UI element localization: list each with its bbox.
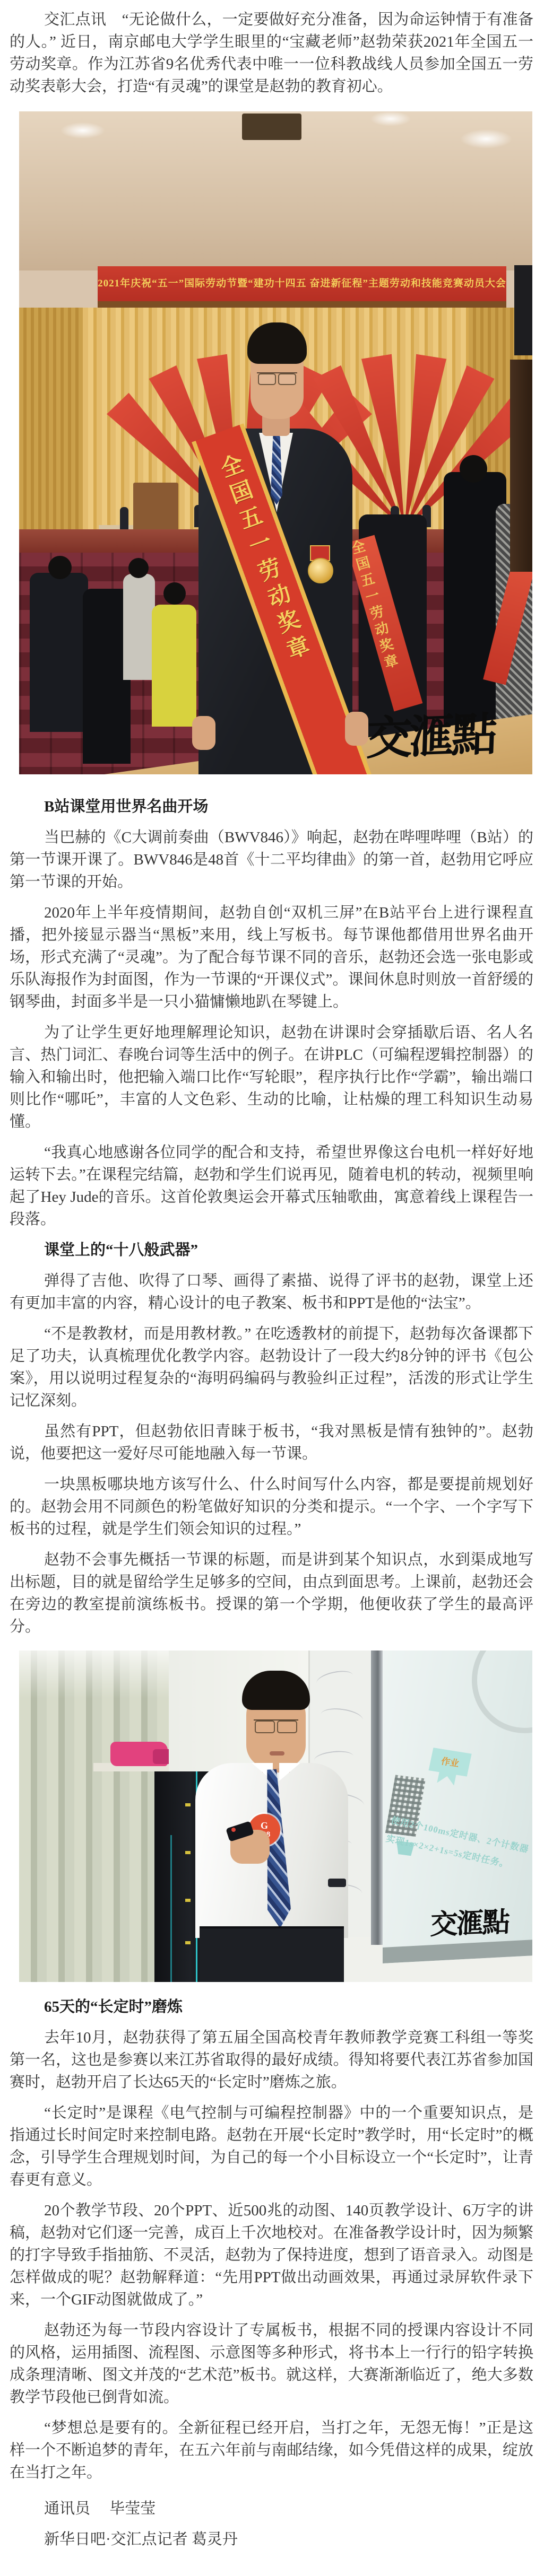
section-heading-bilibili: B站课堂用世界名曲开场 bbox=[10, 796, 533, 818]
paragraph: “我真心地感谢各位同学的配合和支持，希望世界像这台电机一样好好地运转下去。”在课… bbox=[10, 1141, 533, 1230]
byline-reporter: 新华日吧·交汇点记者 葛灵丹 bbox=[10, 2528, 533, 2551]
paragraph: 去年10月，赵勃获得了第五届全国高校青年教师教学竞赛工科组一等奖第一名，这也是参… bbox=[10, 2027, 533, 2093]
paragraph: 20个教学节段、20个PPT、近500兆的动图、140页教学设计、6万字的讲稿，… bbox=[10, 2199, 533, 2311]
article-page: 交汇点讯 “无论做什么，一定要做好充分准备，因为命运钟情于有准备的人。” 近日，… bbox=[0, 0, 544, 2576]
awardee-right-hand bbox=[345, 712, 368, 746]
stage-podium bbox=[133, 483, 178, 533]
paragraph: 赵勃不会事先概括一节课的标题，而是讲到某个知识点，水到渠成地写出标题，目的就是留… bbox=[10, 1549, 533, 1638]
slide-circle-diagram bbox=[472, 1651, 532, 1736]
labor-medal bbox=[308, 558, 333, 583]
curtain-highlight bbox=[19, 1651, 169, 1698]
board-rail bbox=[371, 1651, 383, 1945]
paragraph: 为了让学生更好地理解理论知识，赵勃在讲课时会穿插歇后语、名人名言、热门词汇、春晚… bbox=[10, 1021, 533, 1133]
jiaohuidian-watermark: 交滙點 bbox=[366, 696, 527, 768]
ceremony-banner: 2021年庆祝“五一”国际劳动节暨“建功十四五 奋进新征程”主题劳动和技能竞赛动… bbox=[98, 266, 506, 301]
screen-edge bbox=[383, 1940, 532, 1963]
awardee-hair bbox=[247, 322, 307, 364]
curtain-left bbox=[19, 308, 83, 545]
paragraph: 当巴赫的《C大调前奏曲（BWV846）》响起，赵勃在哔哩哔哩（B站）的第一节课开… bbox=[10, 826, 533, 893]
slide-text: 使用2个100ms定时器、2个计数器 实现1s×2×2+1s=5s定时任务。 bbox=[384, 1812, 531, 1878]
wall-screen bbox=[514, 265, 532, 355]
paragraph: 2020年上半年疫情期间，赵勃自创“双机三屏”在B站平台上进行课程直播，把外接显… bbox=[10, 902, 533, 1013]
awardee-left-hand bbox=[192, 716, 215, 750]
homework-ribbon: 作业 bbox=[426, 1748, 472, 1787]
byline-correspondent: 通讯员 毕莹莹 bbox=[10, 2498, 533, 2520]
teacher-glasses bbox=[254, 1719, 298, 1732]
paragraph: 弹得了吉他、吹得了口琴、画得了素描、说得了评书的赵勃，课堂上还有更加丰富的内容，… bbox=[10, 1270, 533, 1314]
section-heading-weapons: 课堂上的“十八般武器” bbox=[10, 1239, 533, 1261]
paragraph: 赵勃还为每一节段内容设计了专属板书，根据不同的授课内容设计不同的风格，运用插图、… bbox=[10, 2319, 533, 2408]
paragraph: 虽然有PPT，但赵勃依旧青睐于板书，“我对黑板是情有独钟的”。赵勃说，他要把这一… bbox=[10, 1420, 533, 1465]
classroom-curtain bbox=[19, 1651, 169, 1982]
award-ceremony-photo: 2021年庆祝“五一”国际劳动节暨“建功十四五 奋进新征程”主题劳动和技能竞赛动… bbox=[19, 111, 532, 774]
paragraph: “长定时”是课程《电气控制与可编程控制器》中的一个重要知识点，是指通过长时间定时… bbox=[10, 2102, 533, 2191]
jiaohuidian-watermark: 交滙點 bbox=[430, 1899, 510, 1942]
section-heading-longtimer: 65天的“长定时”磨炼 bbox=[10, 1996, 533, 2018]
classroom-photo: 作业 使用2个100ms定时器、2个计数器 实现1s×2×2+1s=5s定时任务… bbox=[19, 1651, 532, 1982]
paragraph: “不是教教材，而是用教材教。” 在吃透教材的前提下，赵勃每次备课都下足了功夫，认… bbox=[10, 1323, 533, 1412]
wrist-watch bbox=[328, 1879, 346, 1887]
ceiling-vent bbox=[242, 113, 301, 140]
ribbon-label: 作业 bbox=[440, 1753, 460, 1769]
article-body: 交汇点讯 “无论做什么，一定要做好充分准备，因为命运钟情于有准备的人。” 近日，… bbox=[0, 8, 544, 2575]
intro-paragraph: 交汇点讯 “无论做什么，一定要做好充分准备，因为命运钟情于有准备的人。” 近日，… bbox=[10, 8, 533, 98]
paragraph: 一块黑板哪块地方该写什么、什么时间写什么内容，都是要提前规划好的。赵勃会用不同颜… bbox=[10, 1473, 533, 1540]
awardee-glasses bbox=[257, 372, 297, 384]
paragraph: “梦想总是要有的。全新征程已经开启，当打之年，无怨无悔！”正是这样一个不断追梦的… bbox=[10, 2417, 533, 2484]
clicker-button bbox=[231, 1828, 236, 1832]
side-door bbox=[510, 360, 532, 572]
banner-rod bbox=[98, 301, 506, 308]
teacher-trousers bbox=[200, 1928, 344, 1982]
teacher-mouth bbox=[270, 1751, 284, 1756]
